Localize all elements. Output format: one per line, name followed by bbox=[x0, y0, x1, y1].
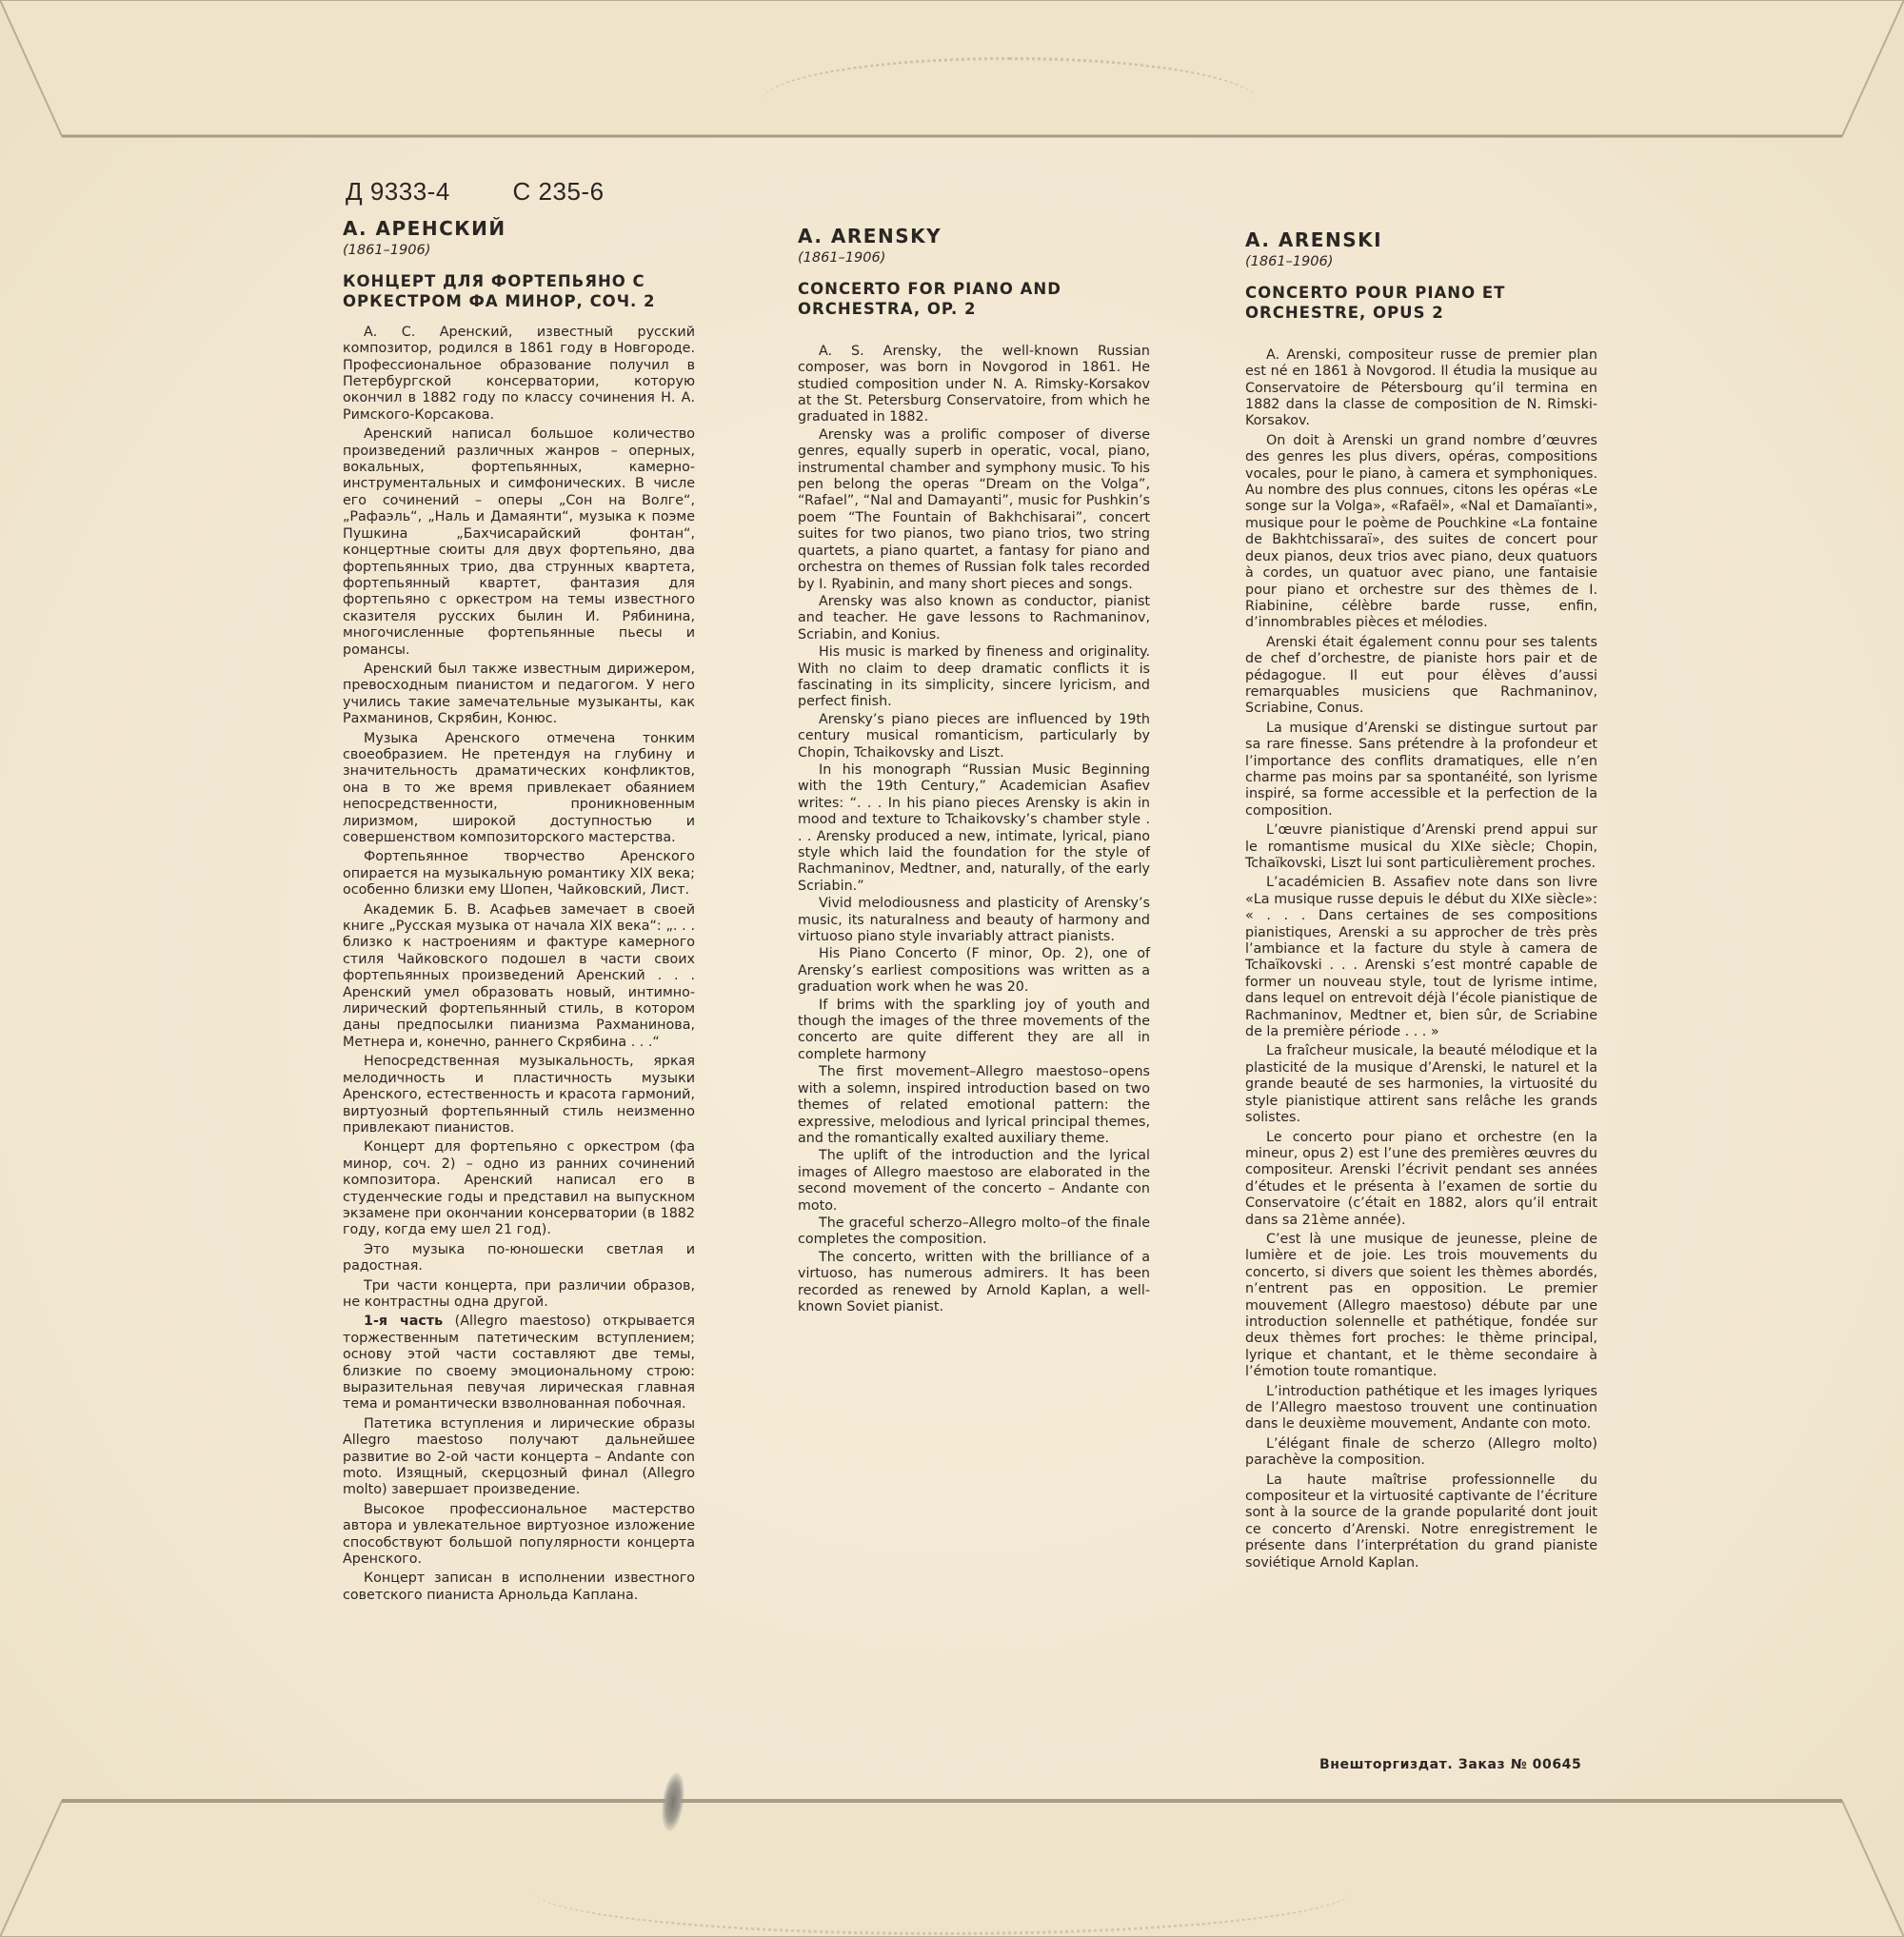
work-title: CONCERTO POUR PIANO ET ORCHESTRE, OPUS 2 bbox=[1245, 283, 1597, 323]
paragraph: Arenski était également connu pour ses t… bbox=[1245, 635, 1597, 718]
paragraph: Vivid melodiousness and plasticity of Ar… bbox=[798, 896, 1150, 945]
paragraph: The uplift of the introduction and the l… bbox=[798, 1148, 1150, 1215]
paragraph: Фортепьянное творчество Аренского опирае… bbox=[343, 849, 695, 899]
paragraph: A. Arenski, compositeur russe de premier… bbox=[1245, 347, 1597, 430]
paragraph: Это музыка по-юношески светлая и радостн… bbox=[343, 1242, 695, 1275]
paragraph: А. С. Аренский, известный русский композ… bbox=[343, 325, 695, 424]
publisher-imprint: Внешторгиздат. Заказ № 00645 bbox=[1319, 1757, 1581, 1772]
paragraph: Концерт для фортепьяно с оркестром (фа м… bbox=[343, 1139, 695, 1238]
paragraph: Концерт записан в исполнении известного … bbox=[343, 1571, 695, 1604]
paragraph: L’élégant finale de scherzo (Allegro mol… bbox=[1245, 1436, 1597, 1470]
paragraph: La fraîcheur musicale, la beauté mélodiq… bbox=[1245, 1043, 1597, 1126]
catalog-numbers: Д 9333-4 С 235-6 bbox=[346, 177, 605, 207]
catalog-number-stereo: С 235-6 bbox=[513, 177, 605, 207]
ring-wear-bottom bbox=[533, 1847, 1352, 1935]
paragraph: L’œuvre pianistique d’Arenski prend appu… bbox=[1245, 822, 1597, 872]
paragraph: Аренский написал большое количество прои… bbox=[343, 426, 695, 659]
paragraph: His music is marked by fineness and orig… bbox=[798, 644, 1150, 711]
paragraph: Патетика вступления и лирические образы … bbox=[343, 1416, 695, 1499]
composer-dates: (1861–1906) bbox=[343, 243, 695, 259]
paragraph: Высокое профессиональное мастерство авто… bbox=[343, 1502, 695, 1569]
paragraph: La haute maîtrise professionnelle du com… bbox=[1245, 1473, 1597, 1571]
english-paragraphs: A. S. Arensky, the well-known Russian co… bbox=[798, 344, 1150, 1316]
composer-dates: (1861–1906) bbox=[1245, 254, 1597, 270]
work-title: CONCERTO FOR PIANO AND ORCHESTRA, OP. 2 bbox=[798, 279, 1150, 319]
movement-label: 1-я часть bbox=[364, 1314, 443, 1329]
movement-paragraph: 1-я часть (Allegro maestoso) открывается… bbox=[343, 1314, 695, 1413]
paragraph: La musique d’Arenski se distingue surtou… bbox=[1245, 721, 1597, 820]
paragraph: Непосредственная музыкальность, яркая ме… bbox=[343, 1054, 695, 1137]
paragraph: Le concerto pour piano et orchestre (en … bbox=[1245, 1130, 1597, 1229]
paragraph: The graceful scherzo–Allegro molto–of th… bbox=[798, 1216, 1150, 1249]
paragraph: Аренский был также известным дирижером, … bbox=[343, 662, 695, 728]
paragraph: In his monograph “Russian Music Beginnin… bbox=[798, 762, 1150, 895]
paragraph: On doit à Arenski un grand nombre d’œuvr… bbox=[1245, 433, 1597, 632]
paragraph: Arensky was also known as conductor, pia… bbox=[798, 594, 1150, 643]
paragraph: A. S. Arensky, the well-known Russian co… bbox=[798, 344, 1150, 426]
french-notes-column: A. ARENSKI (1861–1906) CONCERTO POUR PIA… bbox=[1245, 232, 1597, 1574]
catalog-number-mono: Д 9333-4 bbox=[346, 177, 450, 207]
english-notes-column: A. ARENSKY (1861–1906) CONCERTO FOR PIAN… bbox=[798, 228, 1150, 1316]
russian-notes-column: А. АРЕНСКИЙ (1861–1906) КОНЦЕРТ ДЛЯ ФОРТ… bbox=[343, 221, 695, 1607]
paragraph: Три части концерта, при различии образов… bbox=[343, 1278, 695, 1312]
paragraph: Музыка Аренского отмечена тонким своеобр… bbox=[343, 731, 695, 847]
composer-dates: (1861–1906) bbox=[798, 250, 1150, 267]
paragraph: The first movement–Allegro maestoso–open… bbox=[798, 1064, 1150, 1147]
paragraph: If brims with the sparkling joy of youth… bbox=[798, 998, 1150, 1064]
paragraph: L’introduction pathétique et les images … bbox=[1245, 1384, 1597, 1433]
composer-name: A. ARENSKI bbox=[1245, 232, 1597, 248]
paragraph: C’est là une musique de jeunesse, pleine… bbox=[1245, 1232, 1597, 1381]
work-title: КОНЦЕРТ ДЛЯ ФОРТЕПЬЯНО С ОРКЕСТРОМ ФА МИ… bbox=[343, 271, 695, 311]
paragraph: The concerto, written with the brillianc… bbox=[798, 1250, 1150, 1316]
ring-wear-top bbox=[762, 57, 1257, 146]
composer-name: А. АРЕНСКИЙ bbox=[343, 221, 695, 237]
composer-name: A. ARENSKY bbox=[798, 228, 1150, 245]
paragraph: Академик Б. В. Асафьев замечает в своей … bbox=[343, 902, 695, 1052]
paragraph: His Piano Concerto (F minor, Op. 2), one… bbox=[798, 946, 1150, 996]
french-paragraphs: A. Arenski, compositeur russe de premier… bbox=[1245, 347, 1597, 1571]
paragraph: L’académicien B. Assafiev note dans son … bbox=[1245, 875, 1597, 1040]
paragraph: Arensky’s piano pieces are influenced by… bbox=[798, 712, 1150, 761]
paragraph: Arensky was a prolific composer of diver… bbox=[798, 427, 1150, 593]
